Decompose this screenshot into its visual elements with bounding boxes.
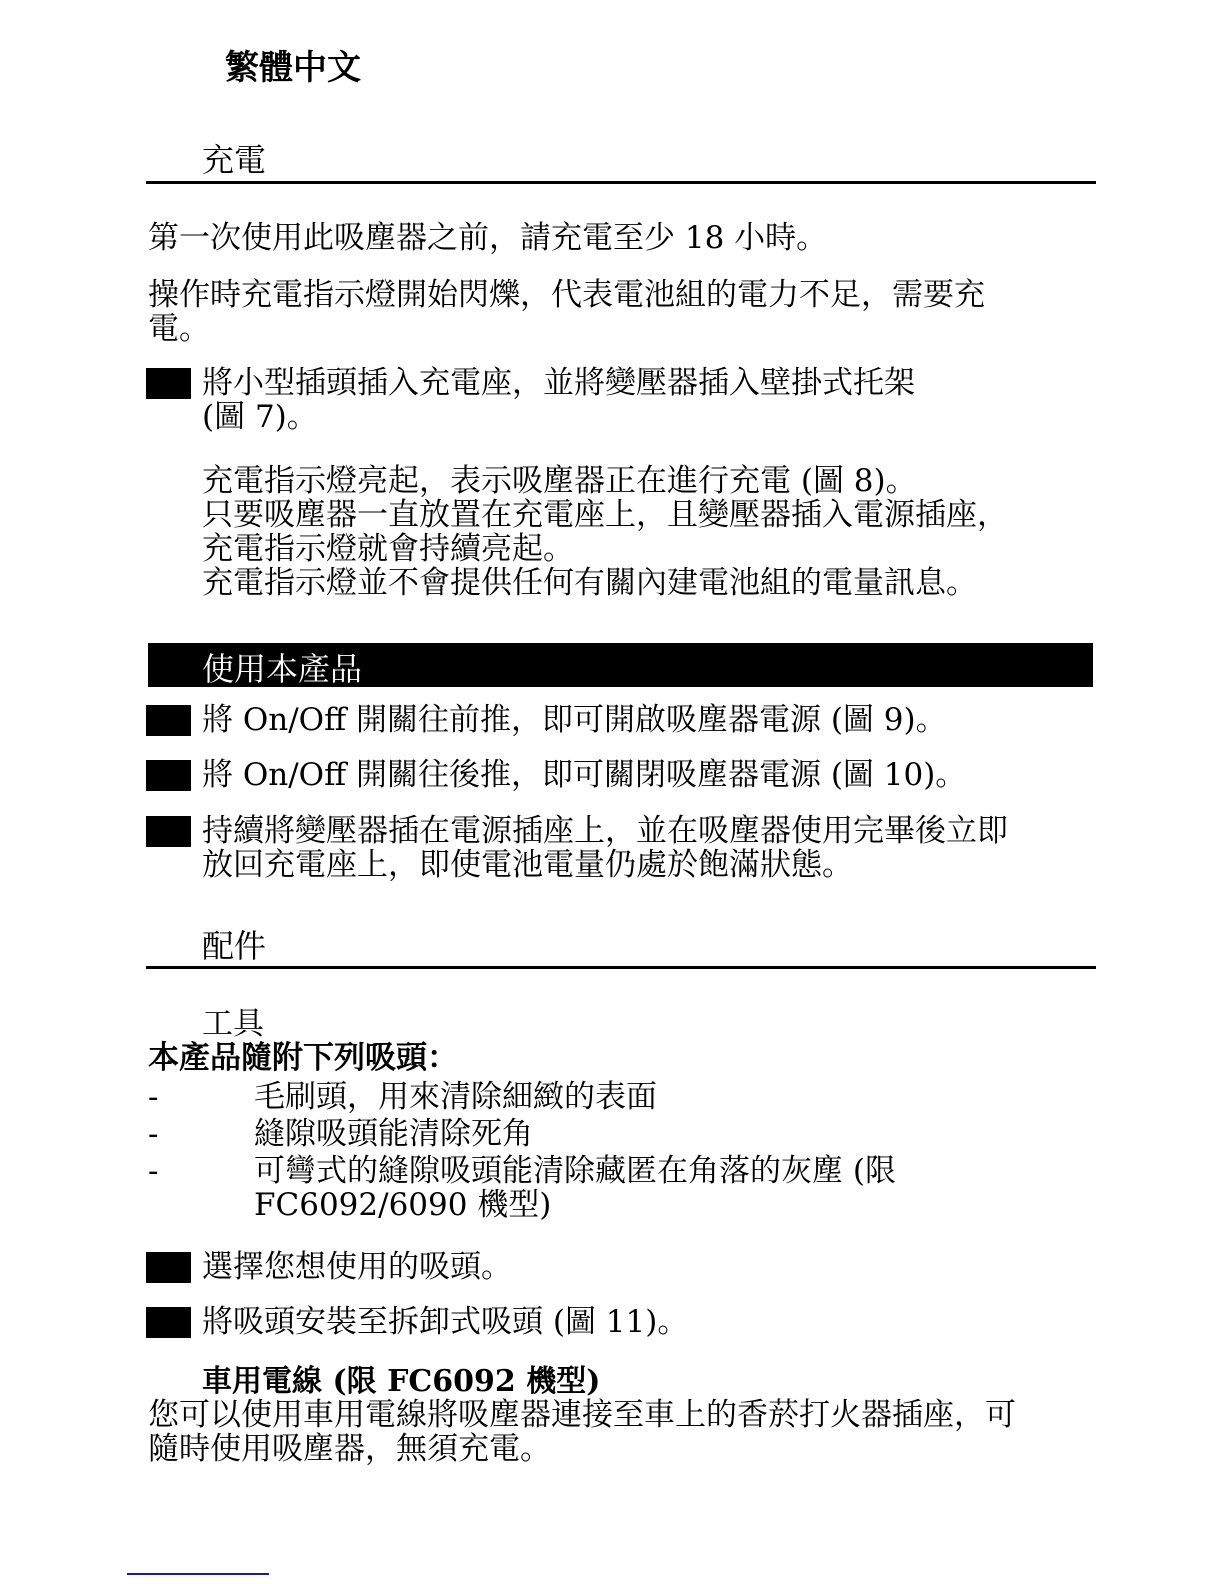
tool-item-text: 縫隙吸頭能清除死角 [254,1117,1098,1151]
step-text: 將 On/Off 開關往前推，即可開啟吸塵器電源 (圖 9)。 [202,703,1096,737]
charging-step: 將小型插頭插入充電座，並將變壓器插入壁掛式托架 (圖 7)。 [146,366,1096,434]
charging-indicator-notes: 充電指示燈亮起，表示吸塵器正在進行充電 (圖 8)。 只要吸塵器一直放置在充電座… [202,464,1092,600]
text-line: 您可以使用車用電線將吸塵器連接至車上的香菸打火器插座，可 [148,1398,1088,1432]
dash-bullet: - [148,1154,158,1188]
step-text: 將小型插頭插入充電座，並將變壓器插入壁掛式托架 (圖 7)。 [202,366,1096,434]
section-heading-using: 使用本產品 [202,649,362,689]
bullet-square-icon [146,705,191,736]
bullet-square-icon [146,816,191,847]
charging-para-first-use: 第一次使用此吸塵器之前，請充電至少 18 小時。 [148,221,1088,255]
section-rule [146,181,1096,184]
step-text: 將 On/Off 開關往後推，即可關閉吸塵器電源 (圖 10)。 [202,758,1096,792]
text-line: 充電指示燈並不會提供任何有關內建電池組的電量訊息。 [202,566,1092,600]
footer-rule [127,1573,269,1575]
subheading-car-cord: 車用電線 (限 FC6092 機型) [202,1362,600,1402]
text-line: 電。 [148,312,1088,346]
text-line: FC6092/6090 機型) [254,1188,1098,1222]
section-heading-charging: 充電 [202,140,266,180]
step-text: 將吸頭安裝至拆卸式吸頭 (圖 11)。 [202,1305,1096,1339]
text-line: 可彎式的縫隙吸頭能清除藏匿在角落的灰塵 (限 [254,1154,1098,1188]
text-line: 只要吸塵器一直放置在充電座上，且變壓器插入電源插座， [202,498,1092,532]
bullet-square-icon [146,1307,191,1338]
text-line: 操作時充電指示燈開始閃爍，代表電池組的電力不足，需要充 [148,278,1088,312]
step-text: 持續將變壓器插在電源插座上，並在吸塵器使用完畢後立即 放回充電座上，即使電池電量… [202,814,1096,882]
using-step-keep-plugged: 持續將變壓器插在電源插座上，並在吸塵器使用完畢後立即 放回充電座上，即使電池電量… [146,814,1096,882]
section-heading-accessories: 配件 [202,926,266,966]
dash-bullet: - [148,1080,158,1114]
bullet-square-icon [146,1252,191,1283]
bullet-square-icon [146,368,191,399]
text-line: 隨時使用吸塵器，無須充電。 [148,1432,1088,1466]
step-text: 選擇您想使用的吸頭。 [202,1250,1096,1284]
using-step-off: 將 On/Off 開關往後推，即可關閉吸塵器電源 (圖 10)。 [146,758,1096,792]
charging-para-low-battery: 操作時充電指示燈開始閃爍，代表電池組的電力不足，需要充 電。 [148,278,1088,346]
tools-step-attach: 將吸頭安裝至拆卸式吸頭 (圖 11)。 [146,1305,1096,1339]
tools-step-select: 選擇您想使用的吸頭。 [146,1250,1096,1284]
text-line: (圖 7)。 [202,400,1096,434]
text-line: 放回充電座上，即使電池電量仍處於飽滿狀態。 [202,848,1096,882]
section-heading-bar-using: 使用本產品 [148,643,1093,687]
tool-item: - 可彎式的縫隙吸頭能清除藏匿在角落的灰塵 (限 FC6092/6090 機型) [148,1154,1098,1222]
text-line: 充電指示燈亮起，表示吸塵器正在進行充電 (圖 8)。 [202,464,1092,498]
using-step-on: 將 On/Off 開關往前推，即可開啟吸塵器電源 (圖 9)。 [146,703,1096,737]
tool-item: - 毛刷頭，用來清除細緻的表面 [148,1080,1098,1114]
subheading-tools: 工具 [202,1004,264,1044]
tool-item-text: 毛刷頭，用來清除細緻的表面 [254,1080,1098,1114]
text-line: 充電指示燈就會持續亮起。 [202,532,1092,566]
dash-bullet: - [148,1117,158,1151]
tools-intro: 本產品隨附下列吸頭： [148,1041,1088,1075]
text-line: 將小型插頭插入充電座，並將變壓器插入壁掛式托架 [202,366,1096,400]
section-rule [146,966,1096,969]
tool-item: - 縫隙吸頭能清除死角 [148,1117,1098,1151]
text-line: 持續將變壓器插在電源插座上，並在吸塵器使用完畢後立即 [202,814,1096,848]
car-cord-para: 您可以使用車用電線將吸塵器連接至車上的香菸打火器插座，可 隨時使用吸塵器，無須充… [148,1398,1088,1466]
tool-item-text: 可彎式的縫隙吸頭能清除藏匿在角落的灰塵 (限 FC6092/6090 機型) [254,1154,1098,1222]
language-title: 繁體中文 [225,46,361,90]
bullet-square-icon [146,760,191,791]
